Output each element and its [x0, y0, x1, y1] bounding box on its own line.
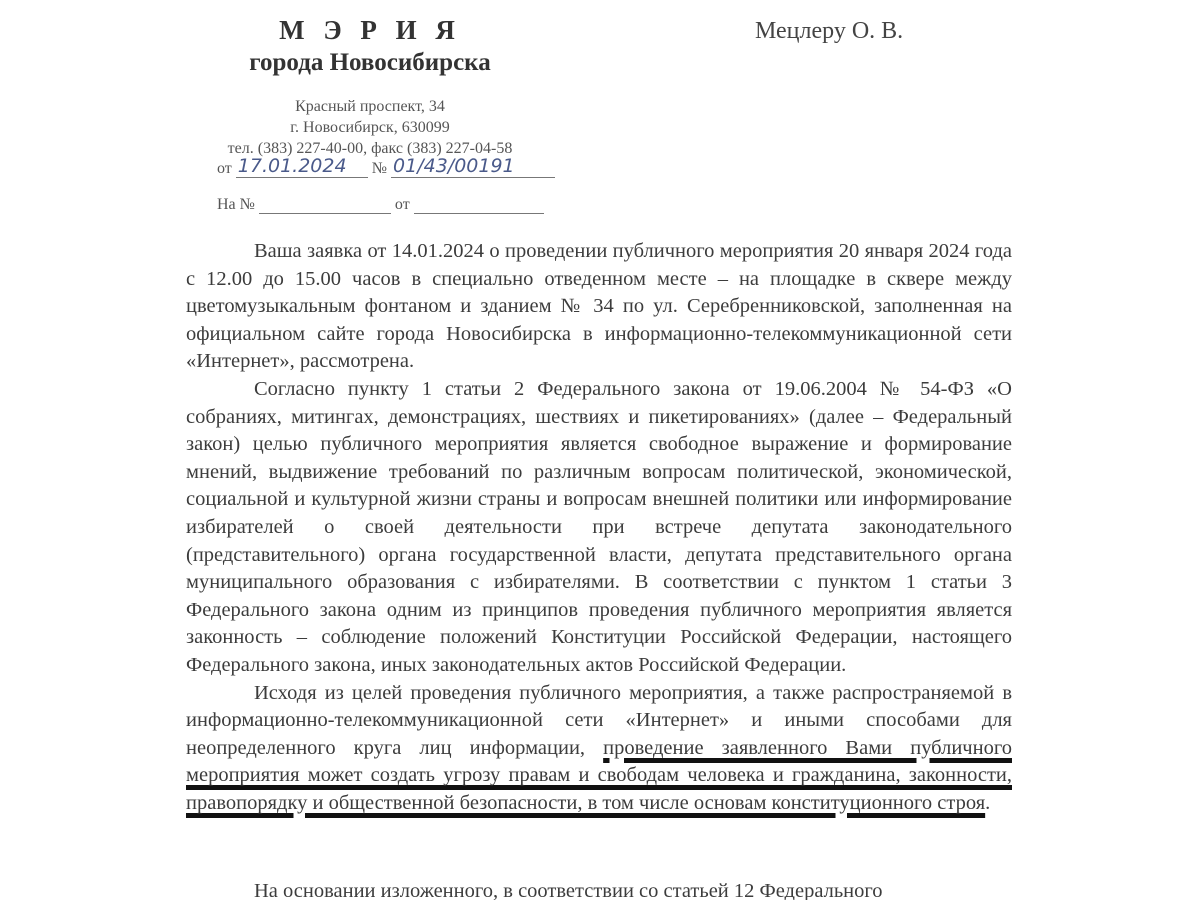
reply-number-field	[259, 195, 391, 214]
reply-date-field	[414, 195, 544, 214]
org-subtitle: города Новосибирска	[200, 46, 540, 80]
reply-number-label: На №	[217, 196, 255, 214]
number-label: №	[372, 160, 387, 178]
address-city: г. Новосибирск, 630099	[200, 117, 540, 138]
paragraph-2: Согласно пункту 1 статьи 2 Федерального …	[186, 376, 1012, 680]
reply-registration: На № от	[213, 195, 544, 214]
outgoing-registration: от 17.01.2024 № 01/43/00191	[213, 155, 555, 178]
org-title: М Э Р И Я	[200, 14, 540, 46]
letter-body: Ваша заявка от 14.01.2024 о проведении п…	[186, 238, 1012, 817]
paragraph-1: Ваша заявка от 14.01.2024 о проведении п…	[186, 238, 1012, 376]
letterhead: М Э Р И Я города Новосибирска Красный пр…	[200, 14, 540, 159]
addressee: Мецлеру О. В.	[755, 18, 903, 45]
address-street: Красный проспект, 34	[200, 96, 540, 117]
reply-date-label: от	[395, 196, 410, 214]
paragraph-4-partial: На основании изложенного, в соответствии…	[186, 878, 1012, 900]
outgoing-number-field: 01/43/00191	[391, 155, 555, 178]
outgoing-date-field: 17.01.2024	[236, 155, 368, 178]
paragraph-3: Исходя из целей проведения публичного ме…	[186, 680, 1012, 818]
date-label: от	[217, 160, 232, 178]
paragraph-3-end: .	[985, 792, 990, 814]
